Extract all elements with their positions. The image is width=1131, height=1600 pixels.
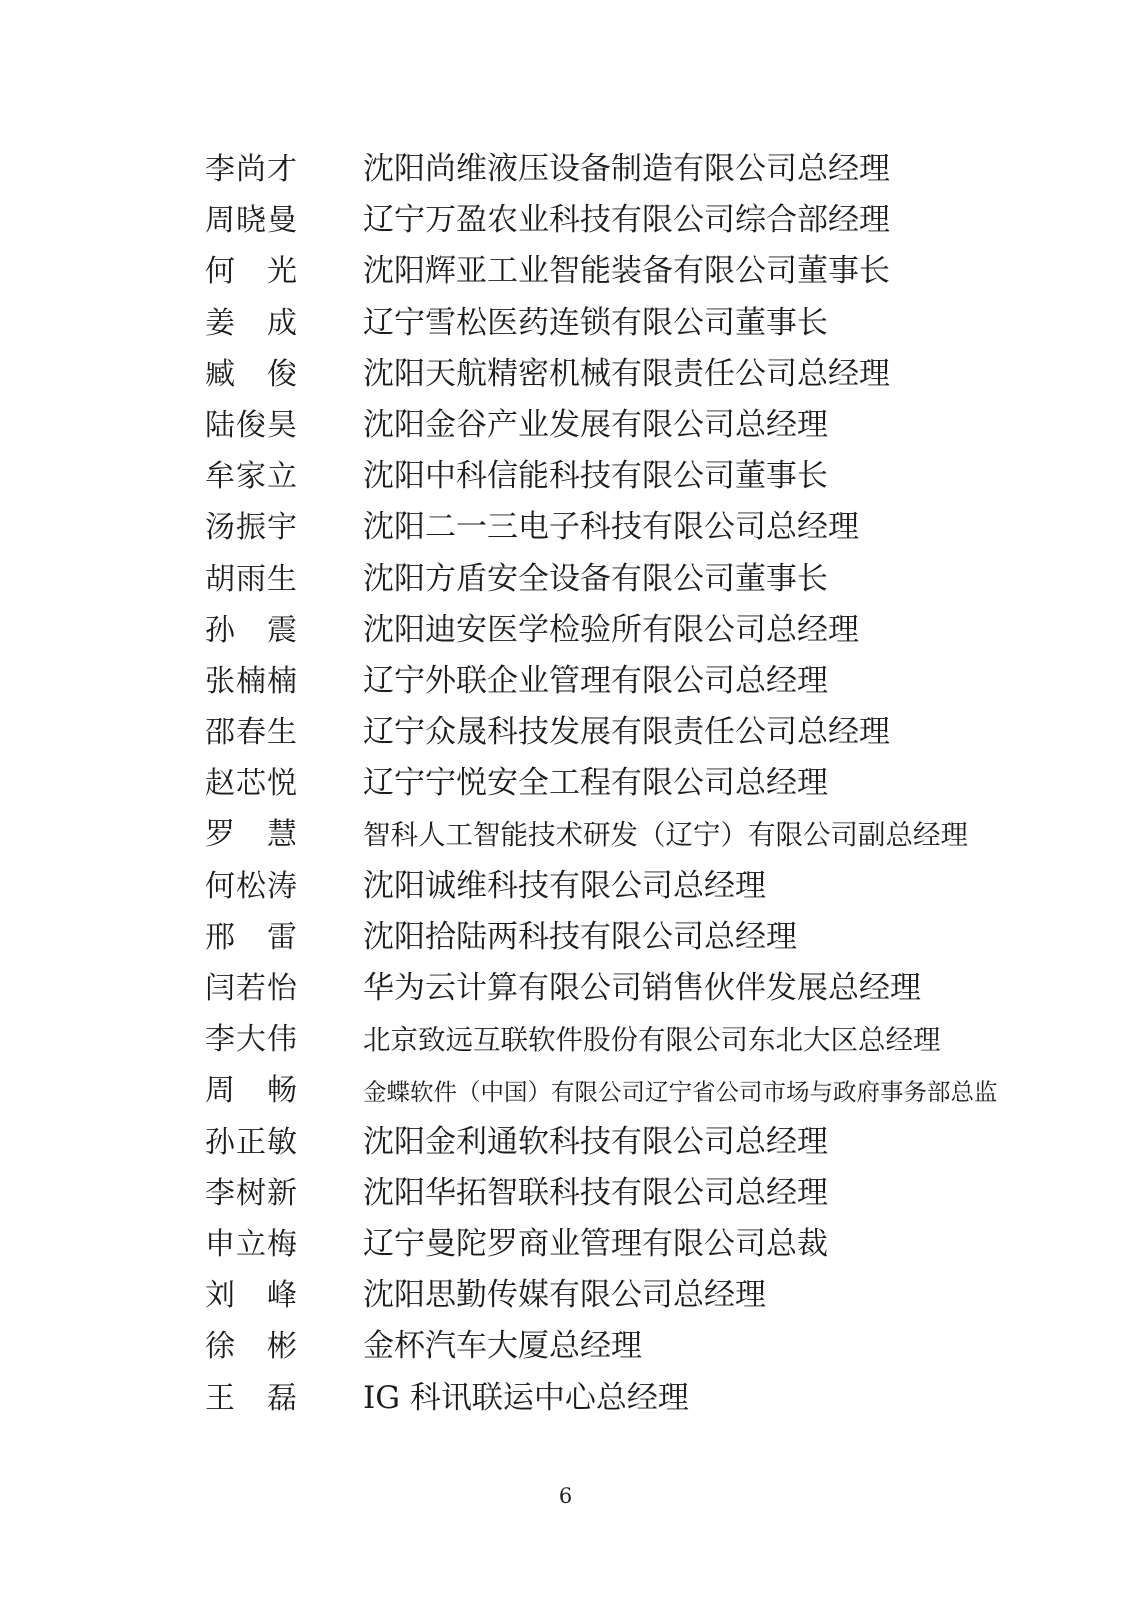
person-title: 辽宁众晟科技发展有限责任公司总经理 bbox=[363, 717, 890, 748]
list-item: 周 畅 金蝶软件（中国）有限公司辽宁省公司市场与政府事务部总监 bbox=[0, 1065, 1131, 1116]
person-name: 胡雨生 bbox=[205, 554, 297, 605]
person-title: 沈阳诚维科技有限公司总经理 bbox=[363, 871, 766, 902]
person-name: 王 磊 bbox=[205, 1373, 297, 1424]
person-name: 孙 震 bbox=[205, 605, 297, 656]
list-item: 罗 慧 智科人工智能技术研发（辽宁）有限公司副总经理 bbox=[0, 809, 1131, 860]
document-page: 李尚才 沈阳尚维液压设备制造有限公司总经理 周晓曼 辽宁万盈农业科技有限公司综合… bbox=[0, 0, 1131, 1600]
person-name: 罗 慧 bbox=[205, 809, 297, 860]
list-item: 李尚才 沈阳尚维液压设备制造有限公司总经理 bbox=[0, 144, 1131, 195]
person-name: 周晓曼 bbox=[205, 195, 297, 246]
list-item: 汤振宇 沈阳二一三电子科技有限公司总经理 bbox=[0, 502, 1131, 553]
person-name: 姜 成 bbox=[205, 298, 297, 349]
list-item: 胡雨生 沈阳方盾安全设备有限公司董事长 bbox=[0, 554, 1131, 605]
person-name: 李尚才 bbox=[205, 144, 297, 195]
list-item: 李大伟 北京致远互联软件股份有限公司东北大区总经理 bbox=[0, 1014, 1131, 1065]
list-item: 何松涛 沈阳诚维科技有限公司总经理 bbox=[0, 861, 1131, 912]
list-item: 孙 震 沈阳迪安医学检验所有限公司总经理 bbox=[0, 605, 1131, 656]
person-name: 张楠楠 bbox=[205, 656, 297, 707]
person-name: 何松涛 bbox=[205, 861, 297, 912]
person-name: 李大伟 bbox=[205, 1014, 297, 1065]
person-title: 金杯汽车大厦总经理 bbox=[363, 1331, 642, 1362]
person-name: 陆俊昊 bbox=[205, 400, 297, 451]
person-name: 徐 彬 bbox=[205, 1321, 297, 1372]
person-title: 沈阳二一三电子科技有限公司总经理 bbox=[363, 512, 859, 543]
person-name: 申立梅 bbox=[205, 1219, 297, 1270]
person-name: 邵春生 bbox=[205, 707, 297, 758]
list-item: 申立梅 辽宁曼陀罗商业管理有限公司总裁 bbox=[0, 1219, 1131, 1270]
person-title: 智科人工智能技术研发（辽宁）有限公司副总经理 bbox=[363, 822, 968, 850]
person-title: 辽宁万盈农业科技有限公司综合部经理 bbox=[363, 205, 890, 236]
list-item: 邵春生 辽宁众晟科技发展有限责任公司总经理 bbox=[0, 707, 1131, 758]
list-item: 何 光 沈阳辉亚工业智能装备有限公司董事长 bbox=[0, 246, 1131, 297]
page-number: 6 bbox=[0, 1484, 1131, 1508]
person-title: 沈阳迪安医学检验所有限公司总经理 bbox=[363, 615, 859, 646]
person-title: 辽宁外联企业管理有限公司总经理 bbox=[363, 666, 828, 697]
person-title: 沈阳辉亚工业智能装备有限公司董事长 bbox=[363, 256, 890, 287]
person-name: 邢 雷 bbox=[205, 912, 297, 963]
list-item: 徐 彬 金杯汽车大厦总经理 bbox=[0, 1321, 1131, 1372]
person-name: 牟家立 bbox=[205, 451, 297, 502]
list-item: 姜 成 辽宁雪松医药连锁有限公司董事长 bbox=[0, 298, 1131, 349]
list-item: 邢 雷 沈阳拾陆两科技有限公司总经理 bbox=[0, 912, 1131, 963]
person-title: 华为云计算有限公司销售伙伴发展总经理 bbox=[363, 973, 921, 1004]
list-item: 张楠楠 辽宁外联企业管理有限公司总经理 bbox=[0, 656, 1131, 707]
person-name: 何 光 bbox=[205, 246, 297, 297]
person-title: 辽宁雪松医药连锁有限公司董事长 bbox=[363, 308, 828, 339]
list-item: 李树新 沈阳华拓智联科技有限公司总经理 bbox=[0, 1168, 1131, 1219]
person-title: 沈阳中科信能科技有限公司董事长 bbox=[363, 461, 828, 492]
person-title: 沈阳思勤传媒有限公司总经理 bbox=[363, 1280, 766, 1311]
person-name: 赵芯悦 bbox=[205, 758, 297, 809]
person-name: 臧 俊 bbox=[205, 349, 297, 400]
list-item: 臧 俊 沈阳天航精密机械有限责任公司总经理 bbox=[0, 349, 1131, 400]
person-title: 沈阳尚维液压设备制造有限公司总经理 bbox=[363, 154, 890, 185]
person-title: IG 科讯联运中心总经理 bbox=[363, 1383, 689, 1414]
person-title: 金蝶软件（中国）有限公司辽宁省公司市场与政府事务部总监 bbox=[363, 1081, 998, 1105]
person-title: 沈阳金谷产业发展有限公司总经理 bbox=[363, 410, 828, 441]
list-item: 闫若怡 华为云计算有限公司销售伙伴发展总经理 bbox=[0, 963, 1131, 1014]
list-item: 陆俊昊 沈阳金谷产业发展有限公司总经理 bbox=[0, 400, 1131, 451]
person-name: 周 畅 bbox=[205, 1065, 297, 1116]
list-item: 刘 峰 沈阳思勤传媒有限公司总经理 bbox=[0, 1270, 1131, 1321]
person-title: 辽宁曼陀罗商业管理有限公司总裁 bbox=[363, 1229, 828, 1260]
attendee-list: 李尚才 沈阳尚维液压设备制造有限公司总经理 周晓曼 辽宁万盈农业科技有限公司综合… bbox=[0, 144, 1131, 1424]
person-title: 沈阳天航精密机械有限责任公司总经理 bbox=[363, 359, 890, 390]
person-title: 沈阳拾陆两科技有限公司总经理 bbox=[363, 922, 797, 953]
person-name: 汤振宇 bbox=[205, 502, 297, 553]
person-name: 李树新 bbox=[205, 1168, 297, 1219]
person-title: 沈阳方盾安全设备有限公司董事长 bbox=[363, 564, 828, 595]
list-item: 王 磊 IG 科讯联运中心总经理 bbox=[0, 1373, 1131, 1424]
person-name: 孙正敏 bbox=[205, 1117, 297, 1168]
list-item: 赵芯悦 辽宁宁悦安全工程有限公司总经理 bbox=[0, 758, 1131, 809]
list-item: 周晓曼 辽宁万盈农业科技有限公司综合部经理 bbox=[0, 195, 1131, 246]
person-title: 沈阳华拓智联科技有限公司总经理 bbox=[363, 1178, 828, 1209]
list-item: 孙正敏 沈阳金利通软科技有限公司总经理 bbox=[0, 1117, 1131, 1168]
person-title: 辽宁宁悦安全工程有限公司总经理 bbox=[363, 768, 828, 799]
person-title: 沈阳金利通软科技有限公司总经理 bbox=[363, 1127, 828, 1158]
person-name: 闫若怡 bbox=[205, 963, 297, 1014]
person-name: 刘 峰 bbox=[205, 1270, 297, 1321]
person-title: 北京致远互联软件股份有限公司东北大区总经理 bbox=[363, 1027, 941, 1055]
list-item: 牟家立 沈阳中科信能科技有限公司董事长 bbox=[0, 451, 1131, 502]
